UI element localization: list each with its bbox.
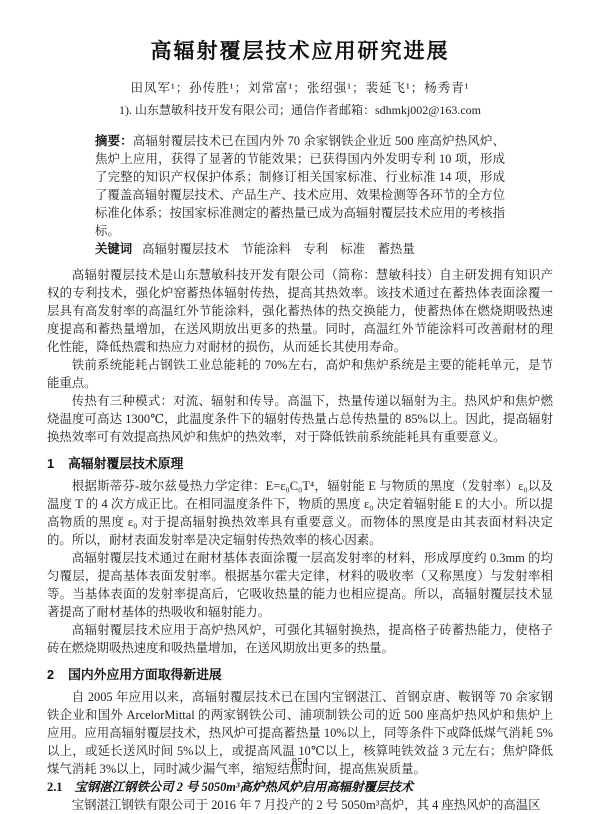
section-1-paragraph-2: 高辐射覆层技术通过在耐材基体表面涂覆一层高发射率的材料，形成厚度约 0.3mm … xyxy=(47,549,553,621)
paper-title: 高辐射覆层技术应用研究进展 xyxy=(47,38,553,66)
intro-paragraph-2: 铁前系统能耗占钢铁工业总能耗的 70%左右，高炉和焦炉系统是主要的能耗单元，是节… xyxy=(47,356,553,392)
section-2-1-heading: 2.1宝钢湛江钢铁公司 2 号 5050m³高炉热风炉启用高辐射覆层技术 xyxy=(47,778,553,796)
section-1-paragraph-1: 根据斯蒂芬-玻尔兹曼热力学定律：E=ε₀C₀T⁴，辐射能 E 与物质的黑度（发射… xyxy=(47,477,553,549)
keywords-text: 高辐射覆层技术 节能涂料 专利 标准 蓄热量 xyxy=(142,242,415,256)
page-number: 854 xyxy=(0,756,600,768)
abstract-text: 高辐射覆层技术已在国内外 70 余家钢铁企业近 500 座高炉热风炉、焦炉上应用… xyxy=(95,134,505,238)
section-1-heading: 1高辐射覆层技术原理 xyxy=(47,455,553,473)
section-2-1-number: 2.1 xyxy=(47,780,63,794)
section-2-title: 国内外应用方面取得新进展 xyxy=(68,667,222,682)
keywords-block: 关键词高辐射覆层技术 节能涂料 专利 标准 蓄热量 xyxy=(95,240,505,258)
section-1-paragraph-3: 高辐射覆层技术应用于高炉热风炉，可强化其辐射换热，提高格子砖蓄热能力，使格子砖在… xyxy=(47,621,553,657)
section-1-number: 1 xyxy=(47,456,54,471)
section-2-1-title: 宝钢湛江钢铁公司 2 号 5050m³高炉热风炉启用高辐射覆层技术 xyxy=(75,780,414,794)
document-page: 高辐射覆层技术应用研究进展 田凤军¹；孙传胜¹；刘常富¹；张绍强¹；裴延飞¹；杨… xyxy=(0,0,600,784)
authors-line: 田凤军¹；孙传胜¹；刘常富¹；张绍强¹；裴延飞¹；杨秀青¹ xyxy=(47,80,553,97)
abstract-block: 摘要：高辐射覆层技术已在国内外 70 余家钢铁企业近 500 座高炉热风炉、焦炉… xyxy=(95,132,505,240)
section-2-number: 2 xyxy=(47,667,54,682)
section-2-heading: 2国内外应用方面取得新进展 xyxy=(47,666,553,684)
section-2-1-paragraph-1: 宝钢湛江钢铁有限公司于 2016 年 7 月投产的 2 号 5050m³高炉，其… xyxy=(47,796,553,814)
section-1-title: 高辐射覆层技术原理 xyxy=(68,456,183,471)
keywords-label: 关键词 xyxy=(95,242,132,256)
abstract-label: 摘要： xyxy=(95,134,133,148)
intro-paragraph-3: 传热有三种模式：对流、辐射和传导。高温下，热量传递以辐射为主。热风炉和焦炉燃烧温… xyxy=(47,392,553,446)
affiliation-line: 1). 山东慧敏科技开发有限公司；通信作者邮箱：sdhmkj002@163.co… xyxy=(47,102,553,119)
intro-paragraph-1: 高辐射覆层技术是山东慧敏科技开发有限公司（简称：慧敏科技）自主研发拥有知识产权的… xyxy=(47,266,553,356)
